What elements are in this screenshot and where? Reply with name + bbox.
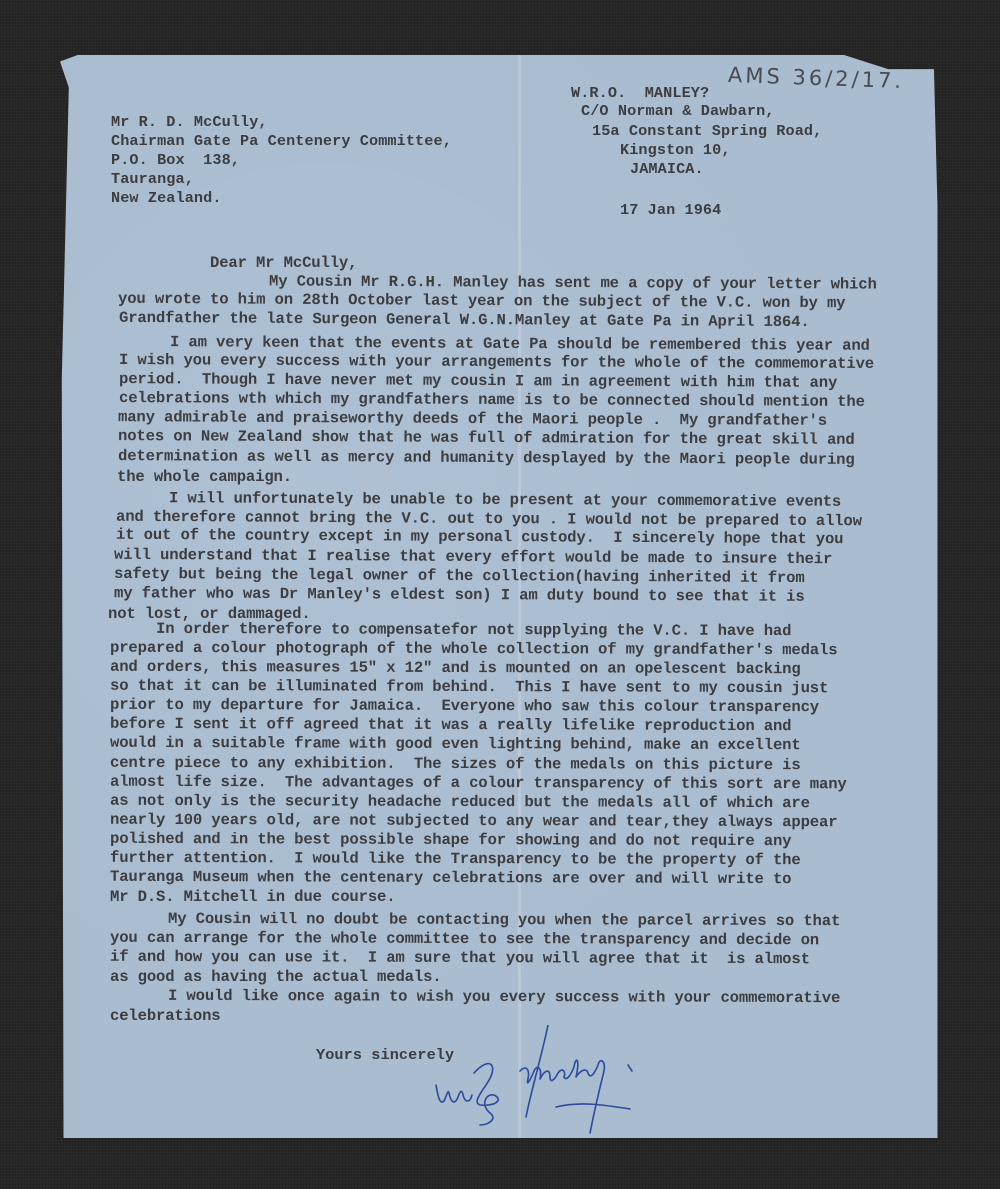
signature-icon xyxy=(430,1025,680,1140)
body-line: My Cousin will no doubt be contacting yo… xyxy=(168,910,840,931)
recipient-line: Tauranga, xyxy=(111,170,194,189)
body-line: polished and in the best possible shape … xyxy=(110,830,791,851)
body-line: so that it can be illuminated from behin… xyxy=(110,677,828,699)
body-line: centre piece to any exhibition. The size… xyxy=(110,754,801,775)
letter-date: 17 Jan 1964 xyxy=(620,201,721,220)
body-line: almost life size. The advantages of a co… xyxy=(110,773,847,795)
body-line: would in a suitable frame with good even… xyxy=(110,734,801,755)
body-line: Mr D.S. Mitchell in due course. xyxy=(110,888,395,907)
salutation: Dear Mr McCully, xyxy=(210,254,357,273)
body-line: and orders, this measures 15" x 12" and … xyxy=(110,658,801,679)
body-line: prior to my departure for Jamaica. Every… xyxy=(110,696,819,717)
body-line: if and how you can use it. I am sure tha… xyxy=(110,948,810,969)
body-line: before I sent it off agreed that it was … xyxy=(110,715,791,736)
sender-line: Kingston 10, xyxy=(620,141,731,160)
body-line: In order therefore to compensatefor not … xyxy=(156,620,791,641)
body-line: the whole campaign. xyxy=(117,468,292,487)
sender-line: C/O Norman & Dawbarn, xyxy=(581,102,775,121)
sender-line: W.R.O. MANLEY? xyxy=(571,84,709,103)
recipient-line: Chairman Gate Pa Centenery Committee, xyxy=(111,132,452,151)
body-line: nearly 100 years old, are not subjected … xyxy=(110,811,837,833)
body-line: prepared a colour photograph of the whol… xyxy=(110,639,837,661)
body-line: as not only is the security headache red… xyxy=(110,792,810,813)
body-line: I would like once again to wish you ever… xyxy=(168,987,840,1008)
sender-line: 15a Constant Spring Road, xyxy=(592,122,822,141)
body-line: notes on New Zealand show that he was fu… xyxy=(118,427,855,450)
body-line: celebrations xyxy=(110,1007,221,1026)
body-line: my father who was Dr Manley's eldest son… xyxy=(114,584,805,607)
recipient-line: P.O. Box 138, xyxy=(111,151,240,170)
recipient-line: Mr R. D. McCully, xyxy=(111,113,268,132)
body-line: you can arrange for the whole committee … xyxy=(110,929,819,950)
recipient-line: New Zealand. xyxy=(111,189,222,208)
body-line: determination as well as mercy and human… xyxy=(118,447,855,470)
sender-line: JAMAICA. xyxy=(630,160,704,179)
body-line: Tauranga Museum when the centenary celeb… xyxy=(110,868,791,889)
body-line: as good as having the actual medals. xyxy=(110,968,441,987)
body-line: further attention. I would like the Tran… xyxy=(110,849,801,870)
